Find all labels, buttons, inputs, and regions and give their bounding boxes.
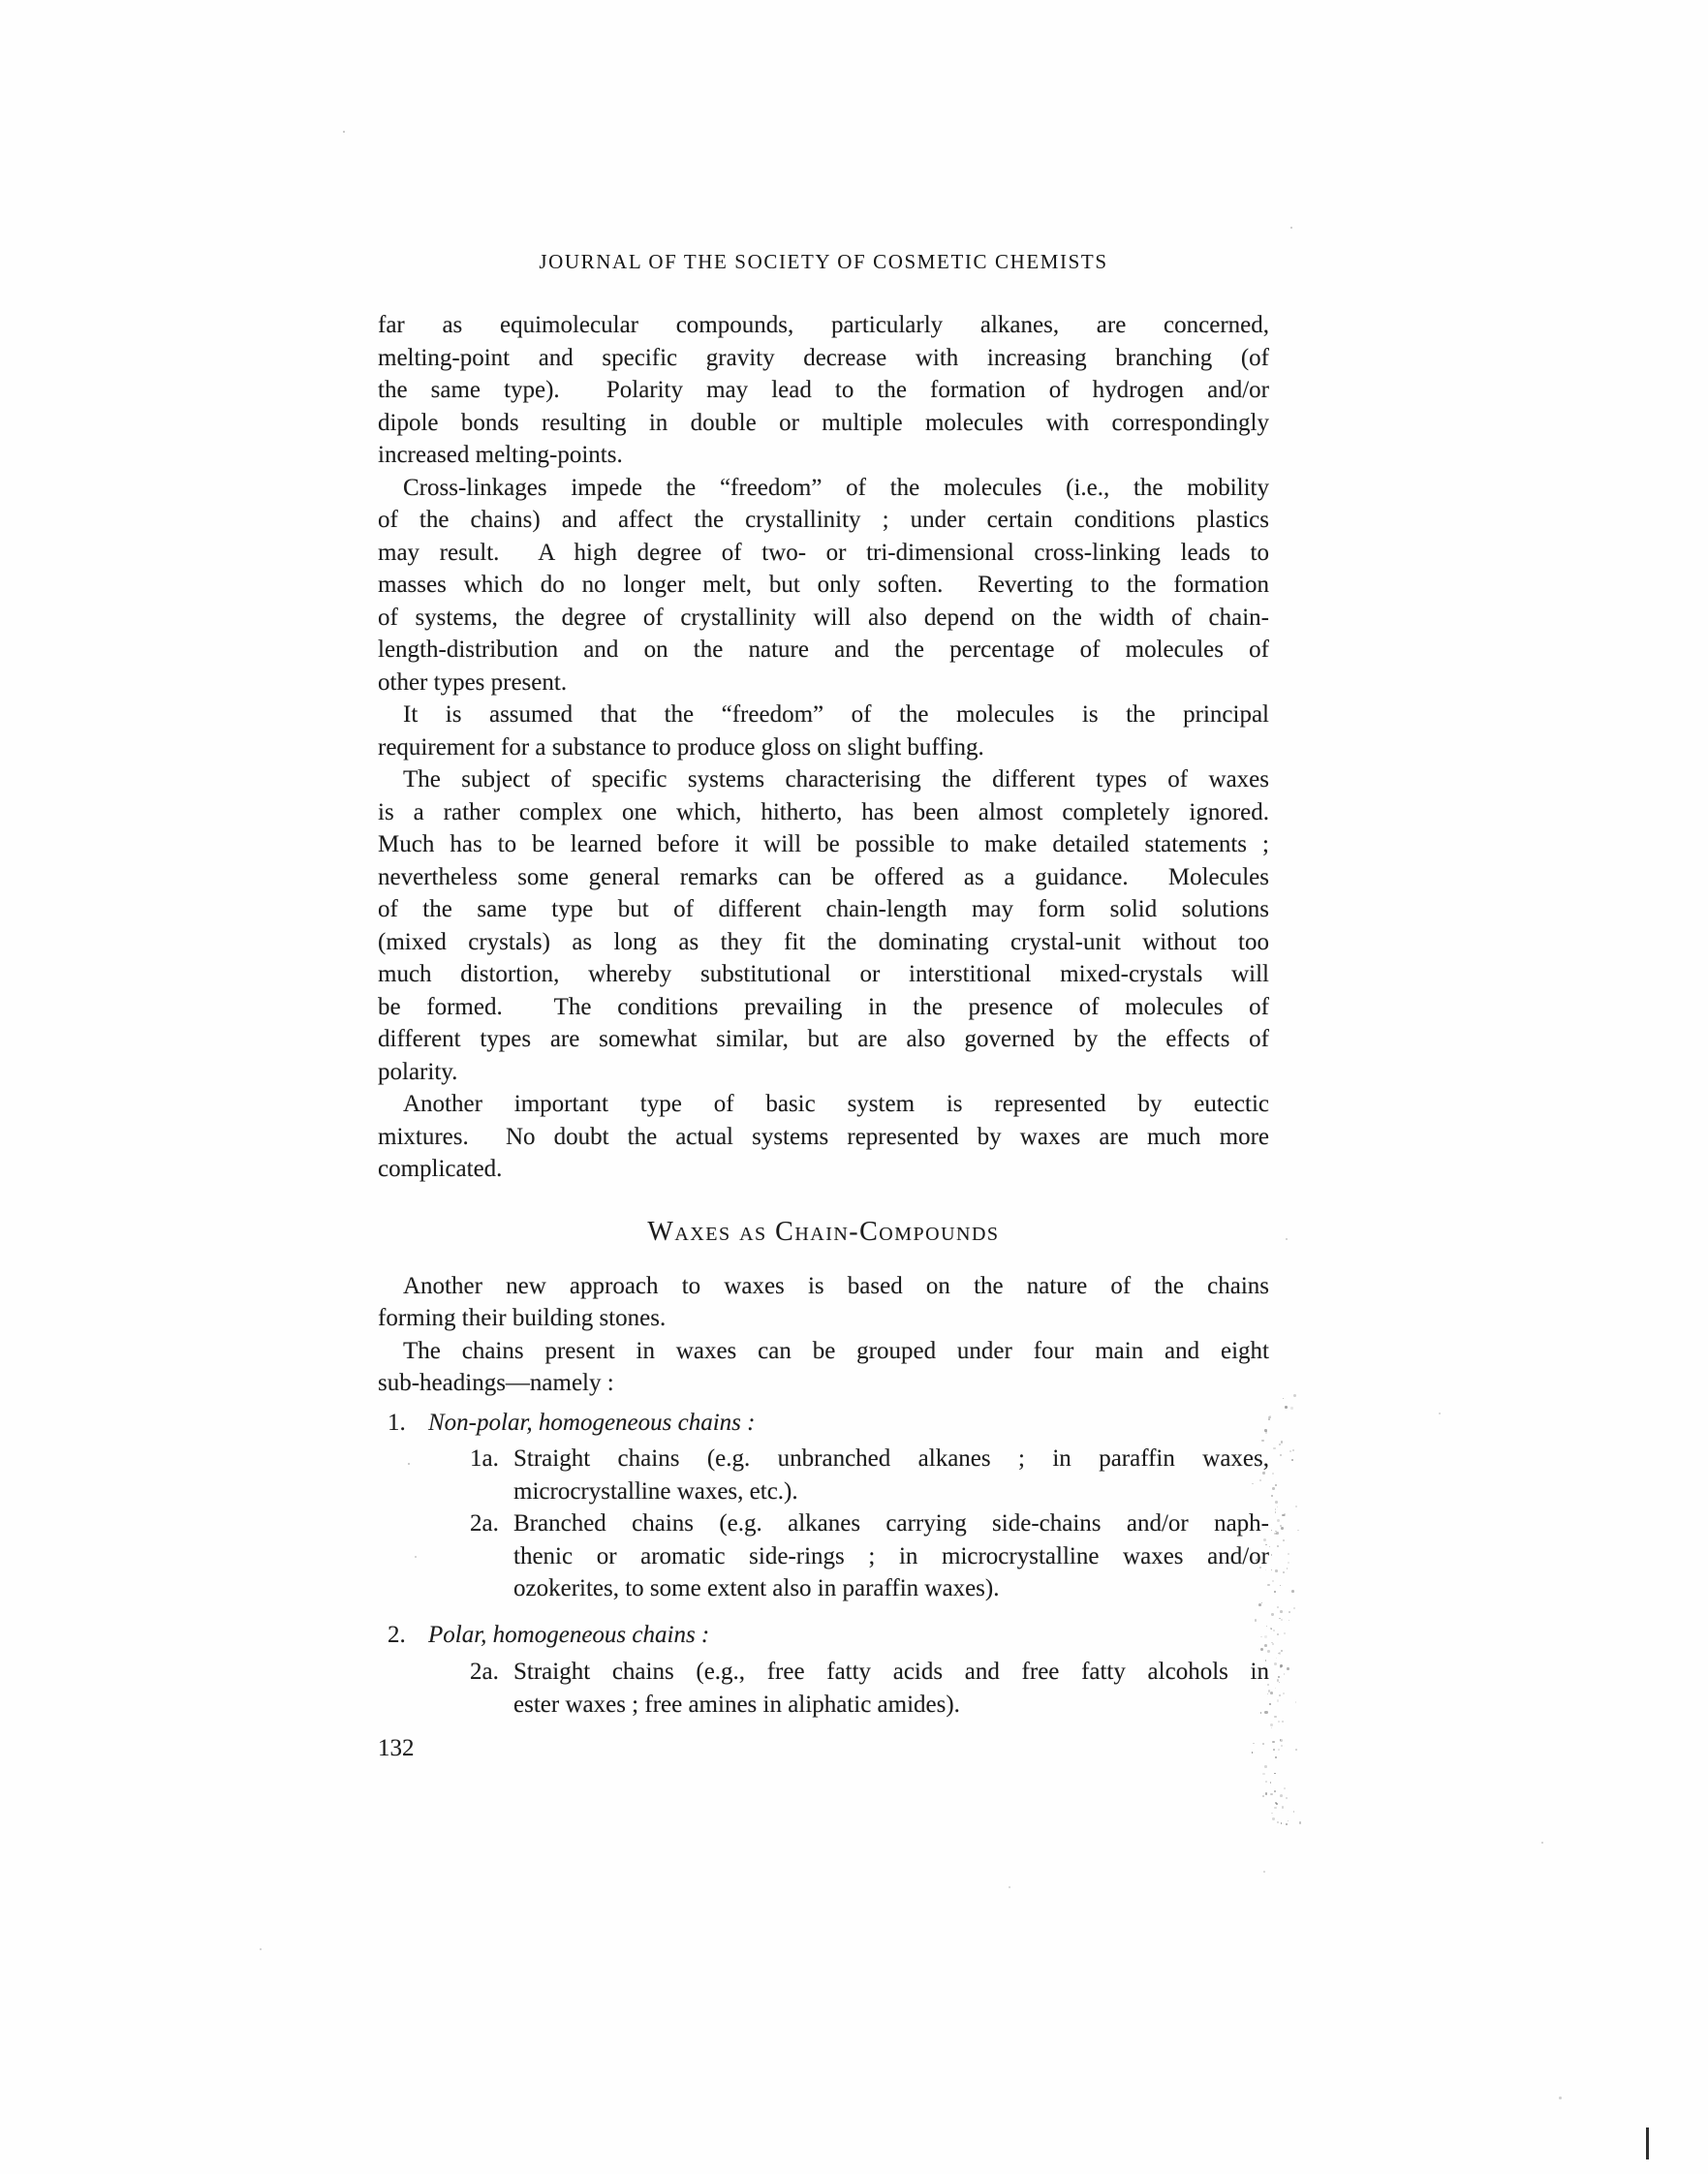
scan-speck (1264, 1635, 1266, 1637)
sub-list-item-line: Straight chains (e.g. unbranched alkanes… (513, 1443, 1269, 1475)
scan-speck (1258, 1464, 1259, 1466)
scan-speck (1264, 1644, 1267, 1647)
scan-speck (1295, 1506, 1297, 1507)
list-item-title: Polar, homogeneous chains : (428, 1622, 709, 1648)
scan-speck (1292, 1449, 1294, 1451)
scan-speck (1293, 1607, 1295, 1609)
scan-speck (1253, 1743, 1254, 1744)
paragraph-line: may result. A high degree of two- or tri… (378, 537, 1269, 570)
scan-speck (1277, 1506, 1278, 1507)
scan-speck (1272, 1580, 1274, 1582)
scan-speck (1272, 1487, 1275, 1490)
paragraph-line: polarity. (378, 1056, 1269, 1089)
scan-speck (1288, 1553, 1289, 1555)
paragraph-line: Another new approach to waxes is based o… (378, 1270, 1269, 1303)
paragraph-line: of systems, the degree of crystallinity … (378, 602, 1269, 635)
scan-speck (1290, 1407, 1292, 1409)
scan-speck (1272, 1741, 1275, 1744)
scan-speck (1284, 1632, 1286, 1634)
scan-speck (1273, 1447, 1275, 1449)
scan-speck (1273, 1630, 1275, 1631)
scan-speck (1275, 1484, 1278, 1487)
scan-speck (1282, 1806, 1285, 1809)
scan-speck (415, 1556, 417, 1558)
scan-speck (1283, 1398, 1284, 1399)
scan-speck (1270, 1782, 1272, 1784)
scan-speck (1541, 1842, 1543, 1844)
scan-speck (1271, 1554, 1272, 1555)
scan-speck (1277, 1545, 1279, 1547)
scan-speck (1289, 1620, 1289, 1621)
scan-speck (408, 1463, 410, 1465)
scan-speck (1277, 1679, 1280, 1682)
scan-speck (1280, 1664, 1283, 1667)
paragraph-line: masses which do no longer melt, but only… (378, 569, 1269, 602)
paragraph-line: complicated. (378, 1153, 1269, 1186)
scan-speck (1288, 1562, 1289, 1564)
scan-speck (1299, 1821, 1302, 1824)
scan-speck (1286, 1797, 1287, 1798)
scan-speck (1278, 1749, 1280, 1751)
scan-speck (1274, 1807, 1277, 1810)
paragraph-line: mixtures. No doubt the actual systems re… (378, 1121, 1269, 1154)
paragraph-line: of the chains) and affect the crystallin… (378, 504, 1269, 537)
scan-speck (1275, 1508, 1276, 1509)
scan-speck (1282, 1514, 1285, 1517)
paragraph-line: dipole bonds resulting in double or mult… (378, 407, 1269, 440)
scan-speck (1256, 1559, 1258, 1562)
scan-speck (1272, 1817, 1274, 1819)
scan-speck (1267, 1684, 1269, 1686)
scan-speck (1271, 1813, 1272, 1814)
list-item-number: 1. (388, 1407, 406, 1440)
scan-speck (1269, 1703, 1271, 1705)
scan-speck (1275, 1501, 1278, 1504)
scan-speck (1291, 1590, 1294, 1593)
scan-speck (1274, 1716, 1277, 1719)
scanned-journal-page: JOURNAL OF THE SOCIETY OF COSMETIC CHEMI… (0, 0, 1708, 2174)
scan-speck (1275, 1531, 1276, 1532)
sub-list-item-line: ozokerites, to some extent also in paraf… (513, 1572, 1269, 1605)
scan-speck (1255, 1619, 1257, 1621)
scan-speck (1270, 1692, 1273, 1694)
paragraph-line: The chains present in waxes can be group… (378, 1335, 1269, 1368)
section-heading: Waxes as Chain-Compounds (378, 1216, 1269, 1249)
paragraph-line: requirement for a substance to produce g… (378, 731, 1269, 764)
scan-speck (1275, 1511, 1276, 1512)
paragraph: far as equimolecular compounds, particul… (378, 309, 1269, 472)
scan-speck (1258, 1603, 1261, 1606)
scan-speck (1265, 1792, 1267, 1794)
scan-speck (1293, 1811, 1294, 1812)
sub-list-item-line: microcrystalline waxes, etc.). (513, 1475, 1269, 1508)
paragraph: Another important type of basic system i… (378, 1088, 1269, 1186)
scan-speck (1277, 1821, 1279, 1823)
scan-speck (1277, 1633, 1279, 1635)
scan-speck (1281, 1745, 1283, 1747)
scan-speck (1279, 1682, 1280, 1683)
scan-speck (1262, 1773, 1265, 1776)
scan-speck (1264, 1765, 1267, 1768)
paragraph-line: It is assumed that the “freedom” of the … (378, 699, 1269, 731)
scan-speck (1271, 1727, 1272, 1728)
paragraph-line: nevertheless some general remarks can be… (378, 861, 1269, 894)
scan-artifact-bar (1646, 2127, 1649, 2159)
scan-speck (1281, 1822, 1282, 1823)
scan-speck (1267, 1693, 1268, 1694)
page-content: JOURNAL OF THE SOCIETY OF COSMETIC CHEMI… (378, 250, 1269, 1762)
scan-speck (1295, 1749, 1297, 1751)
running-head: JOURNAL OF THE SOCIETY OF COSMETIC CHEMI… (378, 250, 1269, 274)
scan-speck (1284, 1787, 1287, 1790)
list-item: 2.Polar, homogeneous chains : (378, 1619, 1269, 1652)
scan-speck (1280, 1454, 1282, 1456)
scan-speck (1286, 1823, 1288, 1825)
scan-speck (1282, 1721, 1284, 1723)
paragraph: The chains present in waxes can be group… (378, 1335, 1269, 1400)
paragraph-line: melting-point and specific gravity decre… (378, 342, 1269, 375)
scan-speck (1293, 1394, 1296, 1397)
scan-speck (1274, 1591, 1276, 1593)
scan-speck (1273, 1749, 1275, 1751)
scan-speck (1277, 1519, 1280, 1522)
paragraph-line: much distortion, whereby substitutional … (378, 958, 1269, 991)
scan-speck (1279, 1694, 1281, 1696)
scan-speck (1439, 1413, 1441, 1414)
scan-speck (1297, 1530, 1299, 1532)
sub-list-item-label: 2a. (470, 1507, 499, 1540)
text-body: far as equimolecular compounds, particul… (378, 309, 1269, 1721)
scan-speck (1289, 1450, 1291, 1452)
scan-speck (343, 131, 345, 133)
scan-speck (1265, 1431, 1267, 1433)
paragraph-line: length-distribution and on the nature an… (378, 634, 1269, 667)
scan-speck (1287, 1667, 1289, 1670)
scan-speck (1280, 1739, 1283, 1742)
scan-speck (1271, 1613, 1273, 1615)
scan-speck (1281, 1527, 1284, 1530)
scan-speck (1280, 1794, 1283, 1797)
scan-speck (1274, 1662, 1277, 1665)
scan-speck (1275, 1569, 1278, 1572)
sub-list-item-label: 2a. (470, 1656, 499, 1689)
sub-list-item-line: thenic or aromatic side-rings ; in micro… (513, 1540, 1269, 1573)
scan-speck (1275, 1688, 1276, 1689)
scan-speck (1262, 1472, 1265, 1475)
scan-speck (1291, 1459, 1293, 1461)
scan-speck (1265, 1781, 1267, 1783)
scan-speck (1278, 1721, 1281, 1724)
scan-speck (1276, 1658, 1277, 1659)
scan-speck (1268, 1418, 1270, 1420)
scan-speck (1274, 1790, 1276, 1792)
paragraph-line: Cross-linkages impede the “freedom” of t… (378, 472, 1269, 505)
sub-list-item: 2a.Straight chains (e.g., free fatty aci… (378, 1656, 1269, 1721)
scan-speck (1264, 1711, 1267, 1714)
scan-speck (1281, 1650, 1283, 1652)
paragraph-line: sub-headings—namely : (378, 1367, 1269, 1400)
paragraph-line: forming their building stones. (378, 1302, 1269, 1335)
sub-list-item-label: 1a. (470, 1443, 499, 1475)
scan-speck (1286, 1238, 1288, 1240)
scan-speck (1272, 1643, 1275, 1646)
scan-speck (1295, 1701, 1297, 1703)
scan-speck (260, 1948, 262, 1950)
scan-speck (1281, 1619, 1283, 1621)
paragraph: The subject of specific systems characte… (378, 763, 1269, 1088)
list-item-title: Non-polar, homogeneous chains : (428, 1410, 755, 1436)
sub-list-item: 1a.Straight chains (e.g. unbranched alka… (378, 1443, 1269, 1507)
paragraph-line: be formed. The conditions prevailing in … (378, 991, 1269, 1024)
scan-speck (1270, 1724, 1273, 1726)
sub-list-item-line: ester waxes ; free amines in aliphatic a… (513, 1689, 1269, 1722)
paragraph-line: other types present. (378, 667, 1269, 699)
scan-speck (1267, 1650, 1270, 1653)
scan-speck (1279, 1652, 1282, 1655)
scan-speck (1262, 1795, 1264, 1797)
paragraph-line: The subject of specific systems characte… (378, 763, 1269, 796)
list-item: 1.Non-polar, homogeneous chains : (378, 1407, 1269, 1440)
scan-speck (1287, 1568, 1289, 1569)
scan-speck (1272, 1473, 1274, 1475)
scan-speck (1289, 1611, 1290, 1613)
paragraph-line: increased melting-points. (378, 439, 1269, 472)
paragraph-line: Much has to be learned before it will be… (378, 828, 1269, 861)
scan-speck (1271, 1495, 1273, 1497)
scan-speck (1277, 1606, 1279, 1608)
scan-speck (1009, 1886, 1010, 1888)
scan-speck (1281, 1441, 1284, 1444)
scan-speck (1275, 1756, 1277, 1758)
sub-list-item-line: Branched chains (e.g. alkanes carrying s… (513, 1507, 1269, 1540)
scan-speck (1280, 1610, 1283, 1613)
scan-speck (1559, 2096, 1562, 2099)
paragraph: Cross-linkages impede the “freedom” of t… (378, 472, 1269, 699)
paragraph: Another new approach to waxes is based o… (378, 1270, 1269, 1335)
scan-speck (1283, 1571, 1285, 1573)
paragraph-line: is a rather complex one which, hitherto,… (378, 796, 1269, 829)
scan-speck (1278, 1676, 1280, 1678)
scan-speck (1280, 1585, 1281, 1586)
paragraph-line: different types are somewhat similar, bu… (378, 1023, 1269, 1056)
paragraph-line: Another important type of basic system i… (378, 1088, 1269, 1121)
scan-speck (1274, 1533, 1276, 1535)
paragraph-line: far as equimolecular compounds, particul… (378, 309, 1269, 342)
sub-list-item-line: Straight chains (e.g., free fatty acids … (513, 1656, 1269, 1689)
scan-speck (1264, 1429, 1267, 1432)
scan-speck (1279, 1444, 1281, 1445)
paragraph-line: the same type). Polarity may lead to the… (378, 374, 1269, 407)
scan-speck (1263, 1871, 1265, 1873)
paragraph: It is assumed that the “freedom” of the … (378, 699, 1269, 763)
scan-speck (1271, 1569, 1272, 1570)
list-item-number: 2. (388, 1619, 406, 1652)
scan-speck (1252, 1752, 1253, 1753)
scan-speck (1277, 1699, 1280, 1702)
scan-speck (1270, 1793, 1272, 1795)
paragraph-line: of the same type but of different chain-… (378, 893, 1269, 926)
page-number: 132 (378, 1735, 1269, 1762)
scan-speck (1284, 1673, 1285, 1674)
scan-speck (1260, 1648, 1263, 1651)
scan-speck (1285, 1406, 1288, 1409)
scan-speck (1271, 1530, 1272, 1531)
scan-speck (1283, 1693, 1285, 1694)
sub-list-item: 2a.Branched chains (e.g. alkanes carryin… (378, 1507, 1269, 1605)
scan-speck (1274, 1773, 1275, 1774)
scan-speck (1283, 1539, 1285, 1541)
scan-speck (930, 913, 932, 915)
scan-speck (1290, 227, 1292, 229)
paragraph-line: (mixed crystals) as long as they fit the… (378, 926, 1269, 959)
scan-speck (1288, 1820, 1289, 1821)
